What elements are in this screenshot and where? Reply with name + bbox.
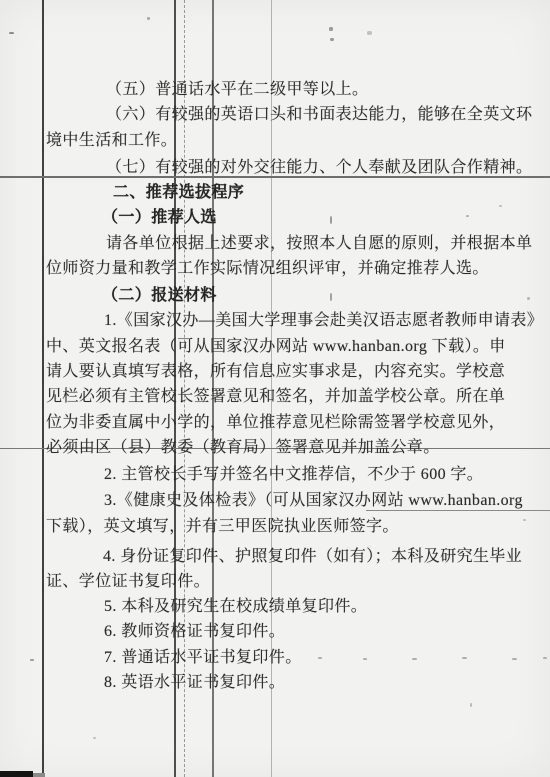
text-line: 下载），英文填写，并有三甲医院执业医师签字。: [46, 517, 399, 537]
scan-speckle: [462, 657, 467, 659]
text-line: 请各单位根据上述要求，按照本人自愿的原则，并根据本单: [106, 234, 532, 254]
text-line: 境中生活和工作。: [46, 131, 177, 151]
text-line: 5. 本科及研究生在校成绩单复印件。: [104, 597, 367, 617]
text-line: 见栏必须有主管校长签署意见和签名，并加盖学校公章。所在单: [46, 387, 505, 407]
scan-speckle: [527, 297, 530, 300]
scan-speckle: [9, 32, 14, 34]
scan-speckle: [30, 659, 34, 661]
text-line: 7. 普通话水平证书复印件。: [104, 648, 302, 668]
scan-corner-mark-tail: [33, 773, 45, 777]
text-line: 中、英文报名表（可从国家汉办网站 www.hanban.org 下载）。申: [46, 337, 506, 357]
text-line: 必须由区（县）教委（教育局）签署意见并加盖公章。: [46, 438, 440, 458]
text-line: 证、学位证书复印件。: [46, 572, 210, 592]
heading-line: （二）报送材料: [102, 286, 217, 306]
scan-speckle: [543, 657, 547, 659]
text-line: 请人要认真填写表格，所有信息应实事求是，内容充实。学校意: [46, 362, 505, 382]
text-line: 4. 身份证复印件、护照复印件（如有）；本科及研究生毕业: [103, 547, 522, 567]
scan-speckle: [330, 38, 334, 41]
scan-speckle: [330, 216, 332, 224]
text-line: 2. 主管校长手写并签名中文推荐信，不少于 600 字。: [104, 465, 483, 485]
scan-speckle: [318, 657, 322, 659]
scan-speckle: [367, 31, 372, 35]
scan-speckle: [147, 17, 150, 20]
text-line: （七）有较强的对外交往能力、个人奉献及团队合作精神。: [106, 158, 532, 178]
scan-speckle: [499, 205, 502, 207]
scan-speckle: [523, 519, 526, 521]
scan-speckle: [363, 658, 367, 660]
scan-speckle: [329, 27, 333, 31]
text-line: 1.《国家汉办—美国大学理事会赴美汉语志愿者教师申请表》: [104, 311, 543, 331]
scan-speckle: [93, 737, 96, 739]
heading-line: （一）推荐人选: [102, 208, 217, 228]
scan-speckle: [466, 215, 469, 217]
text-line: 8. 英语水平证书复印件。: [104, 673, 285, 693]
scanned-page: （五）普通话水平在二级甲等以上。（六）有较强的英语口头和书面表达能力，能够在全英…: [0, 0, 550, 777]
scan-corner-black-mark: [0, 771, 33, 777]
scan-fold-line-vertical: [42, 0, 44, 777]
heading-line: 二、推荐选拔程序: [113, 183, 244, 203]
scan-speckle: [412, 658, 417, 660]
scan-speckle: [512, 658, 517, 660]
text-line: 位师资力量和教学工作实际情况组织评审，并确定推荐人选。: [46, 259, 489, 279]
text-line: 3.《健康史及体检表》（可从国家汉办网站 www.hanban.org: [104, 491, 523, 511]
text-line: 位为非委直属中小学的，单位推荐意见栏除需签署学校意见外，: [46, 413, 505, 433]
scan-speckle: [470, 703, 472, 707]
scan-speckle: [330, 293, 332, 301]
text-line: （五）普通话水平在二级甲等以上。: [106, 80, 368, 100]
text-line: 6. 教师资格证书复印件。: [104, 622, 285, 642]
text-line: （六）有较强的英语口头和书面表达能力，能够在全英文环: [106, 105, 532, 125]
